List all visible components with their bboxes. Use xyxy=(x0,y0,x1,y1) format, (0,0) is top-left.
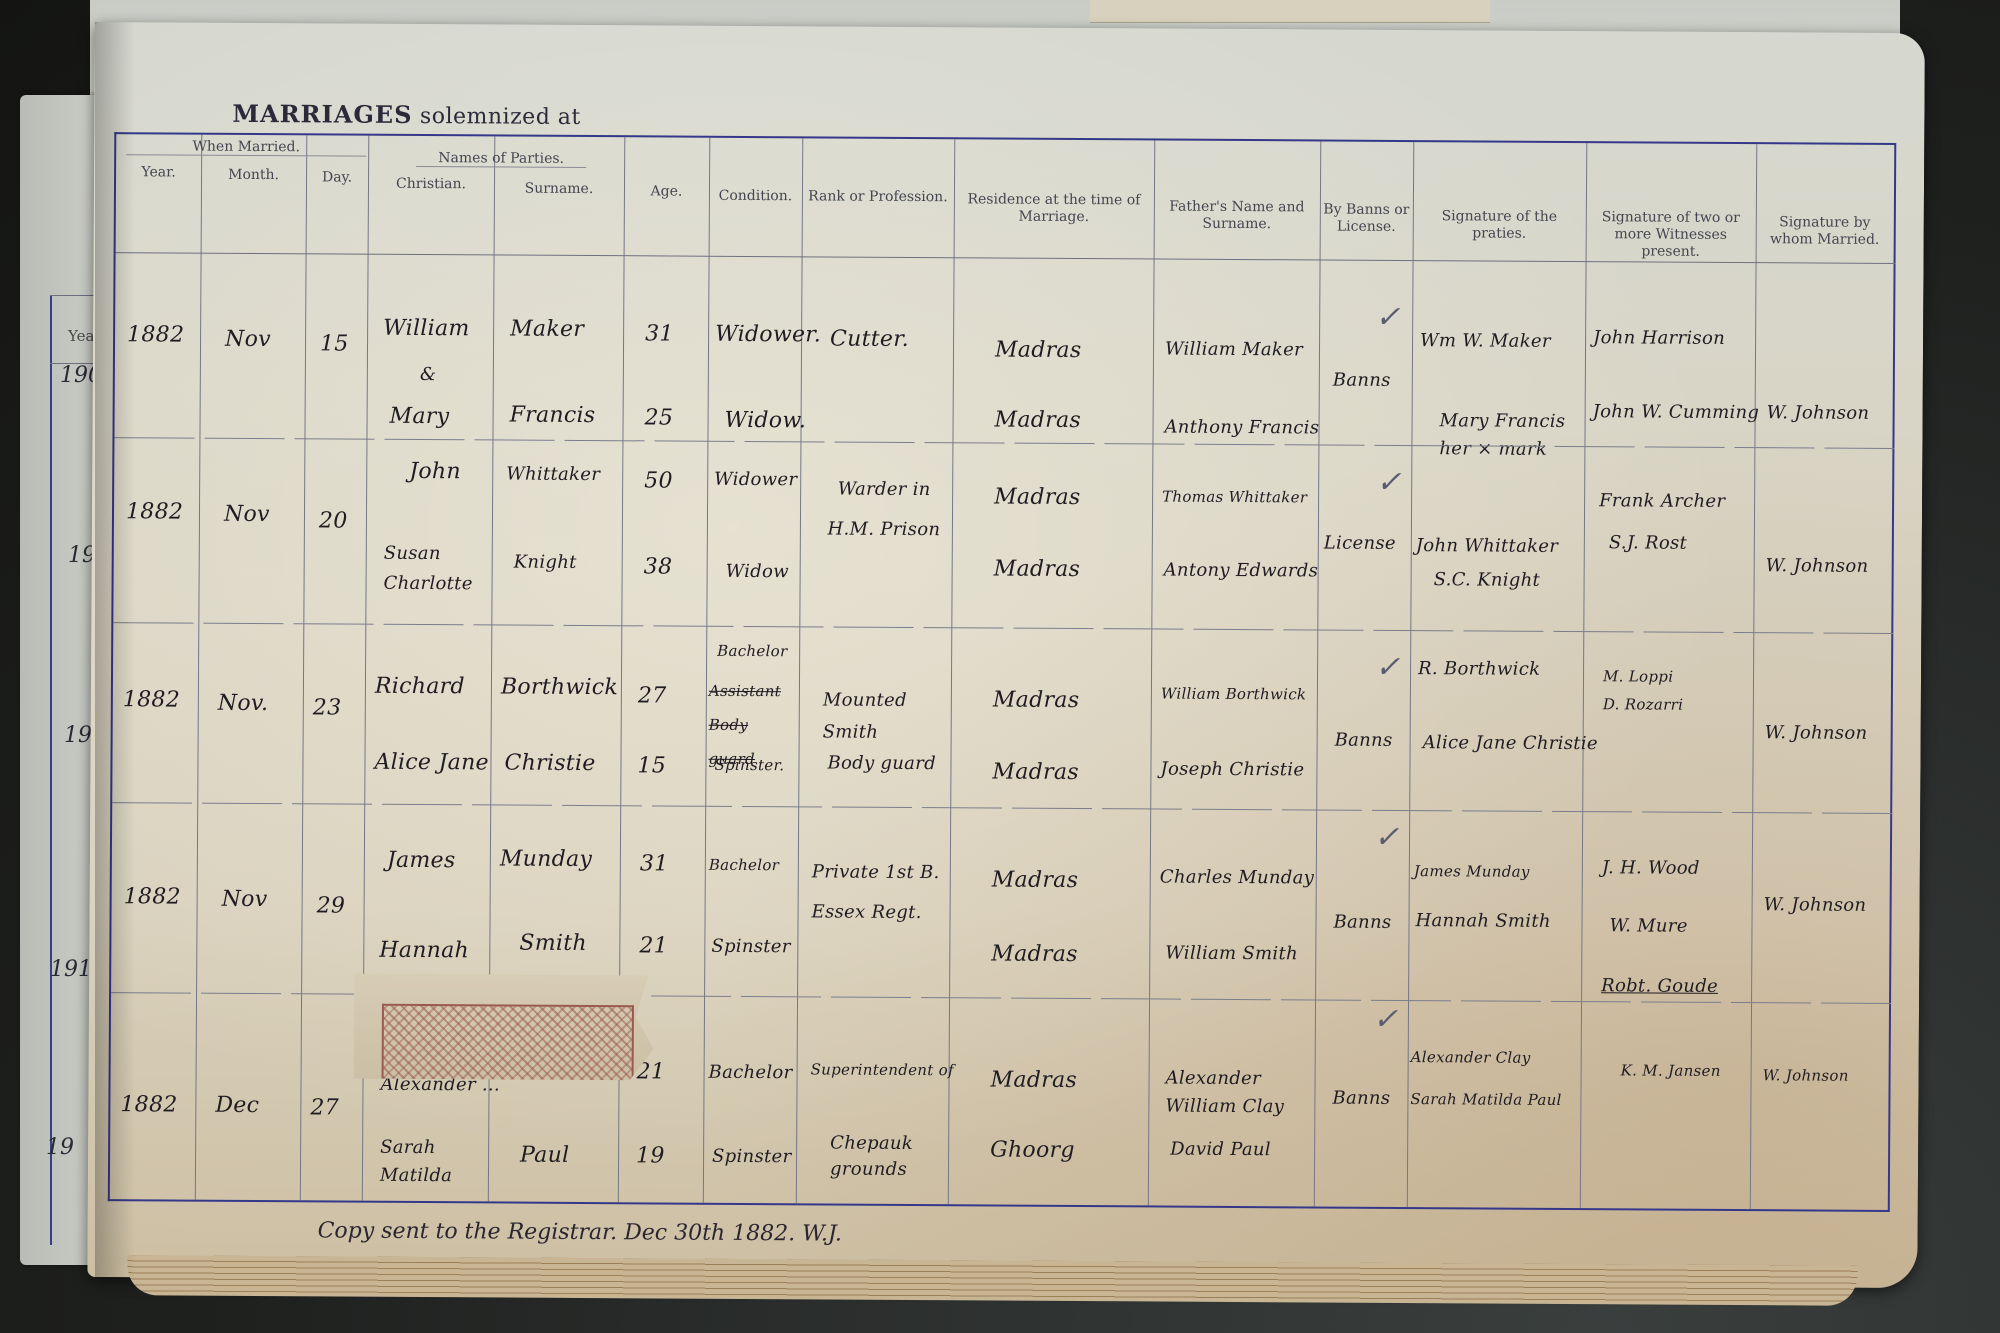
party-signature: Sarah Matilda Paul xyxy=(1410,1090,1561,1109)
groom-surname: Munday xyxy=(500,846,592,872)
party-signature: James Munday xyxy=(1414,862,1530,881)
bride-condition: Spinster xyxy=(712,1146,791,1167)
party-signature: R. Borthwick xyxy=(1418,658,1540,680)
officiant-signature: W. Johnson xyxy=(1765,722,1868,744)
groom-father: Thomas Whittaker xyxy=(1162,488,1307,507)
entry-month: Nov xyxy=(222,887,268,912)
witness-signature: M. Loppi xyxy=(1603,667,1673,685)
paper-slip xyxy=(1090,0,1490,23)
bride-age: 38 xyxy=(644,554,673,579)
col-header-banns-license: By Banns or License. xyxy=(1320,201,1413,236)
checkmark-icon: ✓ xyxy=(1376,465,1401,500)
bride-residence: Ghoorg xyxy=(990,1137,1075,1163)
witness-signature: Frank Archer xyxy=(1599,490,1725,512)
entry-year: 1882 xyxy=(126,499,183,524)
stamp-pattern xyxy=(382,1004,634,1081)
register-page: MARRIAGES solemnized at When Married. Na… xyxy=(87,22,1925,1288)
bride-age: 25 xyxy=(645,405,674,430)
party-signature: Alexander Clay xyxy=(1411,1048,1531,1067)
bride-father: David Paul xyxy=(1170,1139,1271,1161)
margin-rule xyxy=(50,295,52,1245)
witness-signature: S.J. Rost xyxy=(1609,532,1687,553)
entry-day: 15 xyxy=(320,331,349,356)
entry-year: 1882 xyxy=(123,687,180,712)
entry-year: 1882 xyxy=(124,884,181,909)
groom-father: William Borthwick xyxy=(1161,685,1307,704)
entry-day: 27 xyxy=(310,1095,339,1120)
checkmark-icon: ✓ xyxy=(1375,650,1400,685)
register-entry: 1882 Nov 15 William & Mary Maker Francis… xyxy=(114,252,1895,448)
bride-age: 15 xyxy=(637,753,666,778)
party-signature: Wm W. Maker xyxy=(1420,330,1551,352)
bride-surname: Christie xyxy=(504,751,595,777)
groom-father: William Maker xyxy=(1165,339,1303,361)
register-entry: 1882 Nov. 23 Richard Alice Jane Borthwic… xyxy=(112,622,1893,813)
groom-surname: Borthwick xyxy=(501,674,618,700)
bride-residence: Madras xyxy=(994,557,1081,583)
banns-or-license: Banns xyxy=(1333,370,1391,391)
bride-father: Joseph Christie xyxy=(1160,759,1304,781)
party-signature: S.C. Knight xyxy=(1434,569,1541,591)
group-names-of-parties: Names of Parties. xyxy=(416,150,586,168)
col-header-christian: Christian. xyxy=(368,176,494,194)
groom-christian-name: Richard xyxy=(375,674,465,700)
bride-father: Antony Edwards xyxy=(1164,560,1319,582)
witness-signature: Robt. Goude xyxy=(1601,975,1718,997)
col-header-residence: Residence at the time of Marriage. xyxy=(954,191,1154,226)
entry-year: 1882 xyxy=(120,1092,177,1117)
col-header-condition: Condition. xyxy=(709,188,802,206)
revenue-stamp-fragment xyxy=(354,974,655,1081)
bride-condition: Widow xyxy=(726,561,789,582)
col-header-rank-profession: Rank or Profession. xyxy=(802,188,954,206)
entry-month: Nov xyxy=(224,502,270,527)
col-header-year: Year. xyxy=(116,164,201,182)
groom-christian-name: William xyxy=(383,316,470,342)
group-when-married: When Married. xyxy=(126,138,366,156)
witness-signature: D. Rozarri xyxy=(1603,695,1683,713)
witness-signature: John W. Cumming xyxy=(1593,401,1760,423)
register-entry: 1882 Nov 29 James Hannah Munday Smith 31… xyxy=(111,802,1892,1003)
groom-condition: Widower xyxy=(714,469,797,491)
officiant-signature: W. Johnson xyxy=(1764,894,1867,916)
checkmark-icon: ✓ xyxy=(1374,820,1399,855)
party-signature: Alice Jane Christie xyxy=(1423,732,1598,754)
witness-signature: W. Mure xyxy=(1609,915,1687,936)
entry-year: 1882 xyxy=(127,322,184,347)
witness-signature: J. H. Wood xyxy=(1602,857,1700,879)
groom-profession: Superintendent of xyxy=(811,1060,954,1079)
col-header-age: Age. xyxy=(624,183,709,201)
bride-surname: Knight xyxy=(514,552,577,573)
officiant-signature: W. Johnson xyxy=(1766,555,1869,577)
checkmark-icon: ✓ xyxy=(1375,300,1400,335)
witness-signature: K. M. Jansen xyxy=(1621,1061,1721,1080)
table-header: When Married. Names of Parties. Year. Mo… xyxy=(116,134,1897,264)
bride-surname: Francis xyxy=(510,403,596,429)
entry-month: Nov. xyxy=(218,691,269,716)
form-title: MARRIAGES solemnized at xyxy=(232,99,581,130)
bride-profession: Chepauk grounds xyxy=(830,1131,940,1184)
form-title-bold: MARRIAGES xyxy=(232,99,412,129)
officiant-signature: W. Johnson xyxy=(1763,1066,1849,1085)
bride-condition: Widow. xyxy=(725,408,807,433)
bride-residence: Madras xyxy=(992,759,1079,785)
groom-father: Charles Munday xyxy=(1160,867,1314,889)
officiant-signature: W. Johnson xyxy=(1767,402,1870,424)
back-page-year: 191 xyxy=(50,957,92,982)
bride-father: Anthony Francis xyxy=(1164,417,1319,439)
groom-surname: Whittaker xyxy=(506,464,600,486)
groom-residence: Madras xyxy=(990,1067,1077,1093)
bride-age: 21 xyxy=(639,933,668,958)
bride-christian-name: Mary xyxy=(390,404,450,429)
bride-profession: Body guard xyxy=(827,752,936,774)
bride-christian-name: Susan Charlotte xyxy=(383,539,493,600)
col-header-day: Day. xyxy=(306,169,368,186)
col-header-surname: Surname. xyxy=(494,180,624,198)
party-signature: Hannah Smith xyxy=(1415,910,1550,932)
bride-condition: Spinster. xyxy=(714,756,784,774)
bride-condition: Spinster xyxy=(711,936,790,957)
col-header-witnesses: Signature of two or more Witnesses prese… xyxy=(1586,209,1756,261)
checkmark-icon: ✓ xyxy=(1373,1002,1398,1037)
groom-condition: Widower. xyxy=(715,322,821,348)
back-page-year: 19 xyxy=(46,1135,74,1160)
entry-day: 20 xyxy=(319,508,348,533)
banns-or-license: Banns xyxy=(1333,912,1391,933)
banns-or-license: License xyxy=(1324,533,1396,554)
bride-residence: Madras xyxy=(991,941,1078,967)
banns-or-license: Banns xyxy=(1335,730,1393,751)
witness-signature: John Harrison xyxy=(1593,327,1725,349)
entry-day: 23 xyxy=(313,695,342,720)
col-header-officiant: Signature by whom Married. xyxy=(1756,214,1894,249)
bride-residence: Madras xyxy=(995,408,1082,434)
groom-residence: Madras xyxy=(994,485,1081,511)
bride-surname: Smith xyxy=(519,931,587,956)
conjunction: & xyxy=(420,364,436,385)
registrar-note: Copy sent to the Registrar. Dec 30th 188… xyxy=(318,1218,843,1246)
banns-or-license: Banns xyxy=(1332,1088,1390,1109)
form-title-rest: solemnized at xyxy=(420,104,581,130)
entry-month: Nov xyxy=(225,327,271,352)
register-entry: 1882 Nov 20 John Susan Charlotte Whittak… xyxy=(113,437,1894,633)
bride-father: William Smith xyxy=(1165,943,1298,965)
bride-christian-name: Sarah Matilda xyxy=(380,1134,490,1191)
groom-condition: Bachelor xyxy=(717,642,787,660)
groom-father: Alexander William Clay xyxy=(1165,1065,1305,1122)
groom-profession: Warder in H.M. Prison xyxy=(819,469,949,550)
groom-residence: Madras xyxy=(995,338,1082,364)
groom-condition: Bachelor xyxy=(709,856,779,874)
groom-profession: Private 1st B. Essex Regt. xyxy=(811,852,946,933)
entry-day: 29 xyxy=(317,893,346,918)
entry-month: Dec xyxy=(215,1093,259,1118)
party-signature: Mary Francis xyxy=(1440,410,1566,432)
groom-christian-name: John xyxy=(409,459,461,484)
bride-surname: Paul xyxy=(520,1143,569,1168)
bride-christian-name: Alice Jane xyxy=(374,750,489,776)
groom-profession: Cutter. xyxy=(830,326,909,351)
party-signature: John Whittaker xyxy=(1416,535,1559,557)
groom-age: 31 xyxy=(645,321,674,346)
bride-age: 19 xyxy=(636,1143,665,1168)
groom-age: 31 xyxy=(640,851,669,876)
col-header-party-signatures: Signature of the praties. xyxy=(1413,208,1586,243)
groom-profession: Mounted Smith xyxy=(823,684,943,749)
groom-age: 50 xyxy=(644,468,673,493)
groom-age: 27 xyxy=(638,683,667,708)
bride-christian-name: Hannah xyxy=(379,938,469,964)
groom-residence: Madras xyxy=(992,867,1079,893)
groom-christian-name: James xyxy=(387,848,456,873)
groom-surname: Maker xyxy=(510,317,584,342)
col-header-father: Father's Name and Surname. xyxy=(1154,198,1320,233)
groom-condition: Bachelor xyxy=(709,1062,793,1084)
col-header-month: Month. xyxy=(201,167,306,185)
groom-residence: Madras xyxy=(993,687,1080,713)
